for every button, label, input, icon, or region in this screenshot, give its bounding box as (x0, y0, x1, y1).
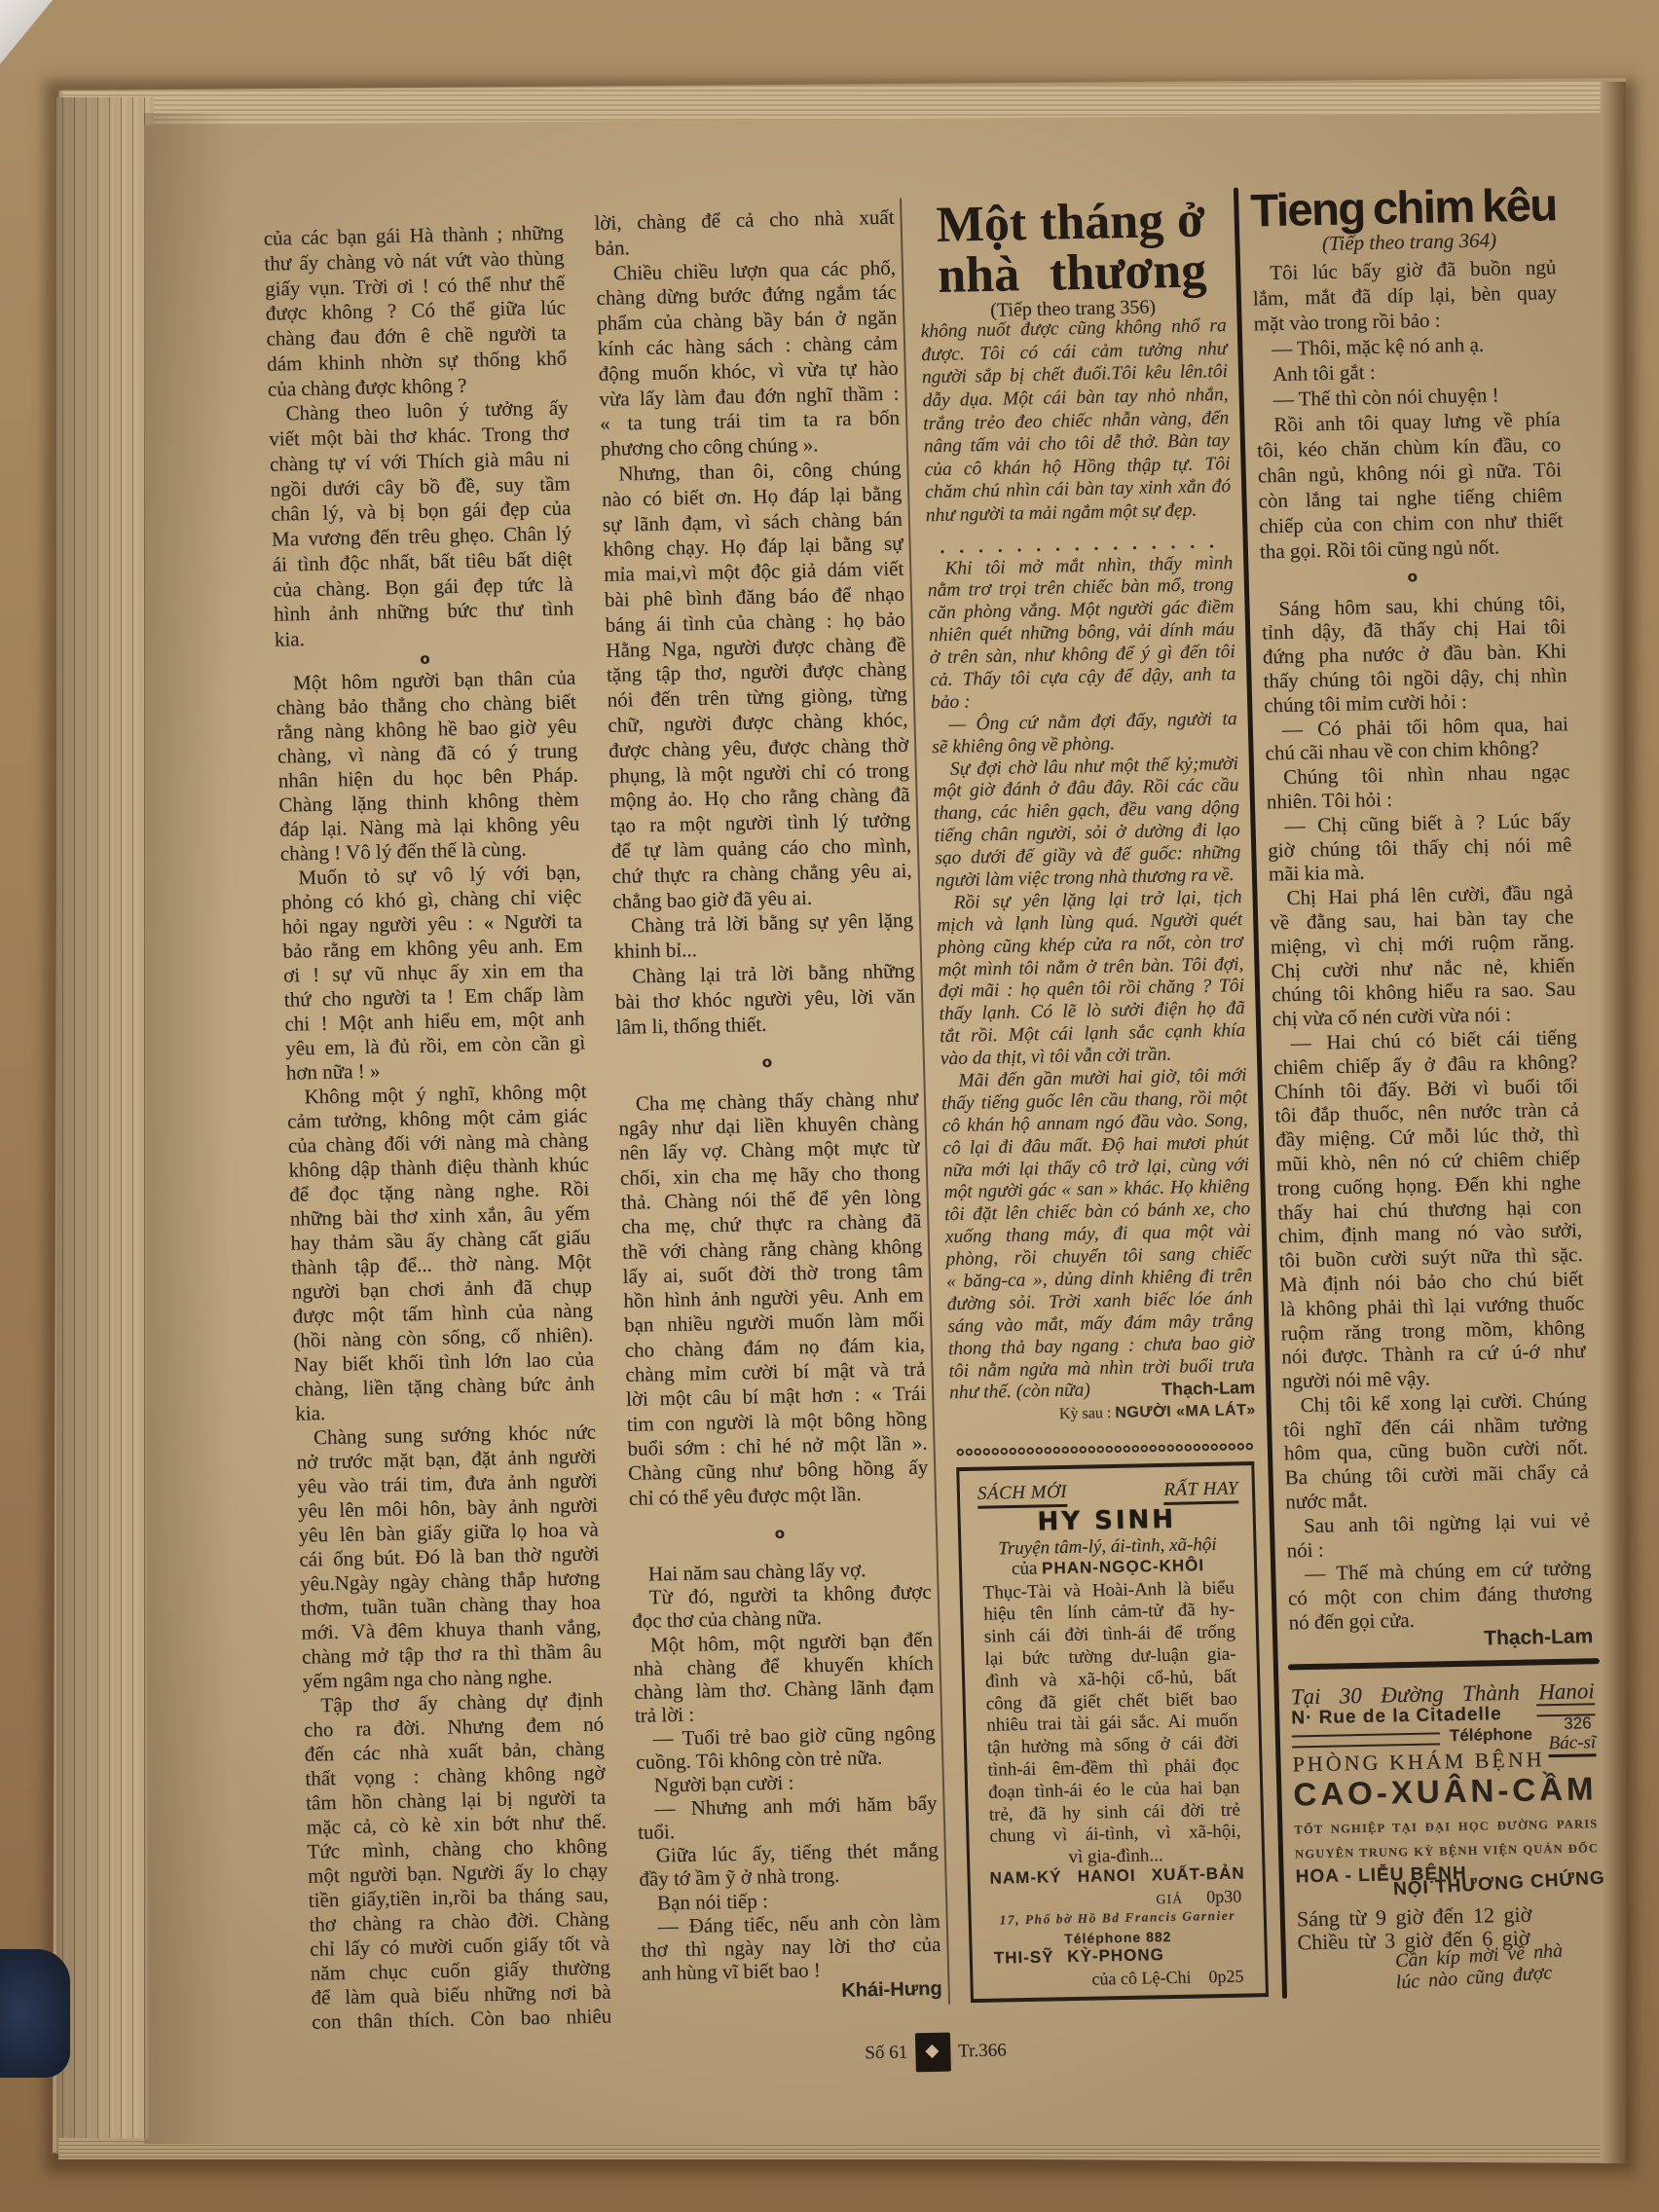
second-book-author: của cô Lệ-Chi (1091, 1968, 1191, 1989)
paragraph: Chiều chiều lượn qua các phố,chàng dừng … (596, 255, 902, 462)
story-text: của các bạn gái Hà thành ; nhữngthư ấy c… (263, 221, 611, 2036)
ad-tag-new-book: SÁCH MỚI (977, 1481, 1068, 1509)
paragraph: Chị tôi kể xong lại cười. Chúngtôi nghĩ … (1282, 1387, 1589, 1514)
paragraph: Muốn tỏ sự vô lý với bạn,phỏng có khó gì… (280, 861, 586, 1086)
continued-from-note: (Tiếp theo trang 364) (1261, 227, 1558, 256)
title-line: nhà thương (937, 245, 1206, 302)
book-price: GIÁ0p30 (1156, 1886, 1241, 1909)
paragraph: không nuốt được cũng không nhổ rađược. T… (920, 314, 1232, 528)
ornamental-border (956, 1442, 1254, 1456)
story-text: không nuốt được cũng không nhổ rađược. T… (920, 314, 1255, 1405)
book-description: Thục-Tài và Hoài-Anh là biểuhiệu tên lín… (982, 1577, 1240, 1849)
paragraph: Không một ý nghĩ, không mộtcảm tưởng, kh… (286, 1080, 595, 1426)
section-ornament: o (616, 1034, 917, 1092)
decorative-rule (1292, 1732, 1440, 1737)
paragraph: — Tuổi trẻ bao giờ cũng ngôngcuồng. Tôi … (635, 1721, 936, 1774)
paragraph: Sự đợi chờ lâu như một thế kỷ;mườimột gi… (933, 754, 1242, 894)
issue-number: Số 61 (865, 2043, 907, 2065)
hospital-story-title: Một tháng ở nhà thương (936, 195, 1207, 302)
paragraph: Chàng theo luôn ý tưởng ấyviết một bài t… (268, 396, 574, 653)
decorative-rule (1536, 1703, 1595, 1706)
paragraph: Chàng trả lời bằng sự yên lặngkhinh bỉ..… (613, 908, 914, 965)
telephone-label: Téléphone (1450, 1723, 1533, 1747)
price-label: GIÁ (1156, 1893, 1183, 1908)
paragraph: Một hôm người bạn thân củachàng bảo thẳn… (276, 666, 580, 866)
paragraph: — Đáng tiếc, nếu anh còn làmthơ thì ngày… (640, 1908, 941, 1984)
paragraph: — Ông cứ nằm đợi đấy, người tasẽ khiêng … (931, 709, 1237, 759)
second-book-price: 0p25 (1208, 1967, 1244, 1987)
price-value: 0p30 (1206, 1887, 1242, 1907)
paragraph: Tập thơ ấy chàng dự địnhcho ra đời. Nhưn… (303, 1688, 611, 2035)
story-text: Tôi lúc bấy giờ đã buồn ngủlắm, mắt đã d… (1252, 254, 1593, 1635)
next-issue-title: NGƯỜI «MA LÁT» (1115, 1402, 1256, 1421)
paragraph: Từ đó, người ta không đượcđọc thơ của ch… (631, 1580, 932, 1633)
paragraph: Mãi đến gần mười hai giờ, tôi mớithấy ti… (940, 1065, 1255, 1406)
paragraph: Rồi sự yên lặng lại trở lại, tịchmịch và… (936, 887, 1246, 1071)
paragraph: Sáng hôm sau, khi chúng tôi,tỉnh dậy, đã… (1261, 591, 1567, 718)
book-advertisement: SÁCH MỚI RẤT HAY HY SINH Truyện tâm-lý, … (956, 1461, 1269, 2003)
second-book-byline: của cô Lệ-Chi0p25 (1091, 1966, 1244, 1990)
paragraph: Sau anh tôi ngừng lại vui vẻnói : (1286, 1508, 1591, 1563)
paragraph: — Nhưng anh mới hăm bẩytuổi. (637, 1791, 938, 1844)
paragraph: Chúng tôi nhìn nhau ngạcnhiên. Tôi hỏi : (1266, 759, 1570, 814)
book-author: PHAN-NGỌC-KHÔI (1042, 1556, 1205, 1577)
doctor-credential: NGUYÊN TRUNG KỲ BỆNH VIỆN QUẢN ĐỐC (1295, 1839, 1599, 1862)
paragraph: Chàng lại trả lời bằng nhữngbài thơ khóc… (614, 959, 916, 1041)
next-issue-label: Kỳ sau : (1059, 1405, 1116, 1422)
paragraph: Cha mẹ chàng thấy chàng nhưngây như dại … (618, 1087, 930, 1511)
paragraph: của các bạn gái Hà thành ; nhữngthư ấy c… (263, 221, 568, 402)
paragraph: Một hôm, một người bạn đếnnhà chàng để k… (633, 1627, 936, 1727)
ad-tag-very-good: RẤT HAY (1163, 1477, 1238, 1505)
doctor-title: Bác-sĩ (1548, 1732, 1596, 1757)
paragraph: — Thế mà chúng em cứ tưởngcó một con chi… (1287, 1557, 1593, 1636)
paragraph: Khi tôi mở mắt nhìn, thấy mìnhnằm trơ tr… (927, 553, 1236, 716)
bird-story-body: Tôi lúc bấy giờ đã buồn ngủlắm, mắt đã d… (1252, 254, 1594, 1654)
paragraph: Nhưng, than ôi, công chúngnào có biết ơn… (601, 457, 913, 915)
page-number: Tr.366 (958, 2040, 1007, 2062)
decorative-rule (1292, 1743, 1440, 1748)
paragraph: Tôi lúc bấy giờ đã buồn ngủlắm, mắt đã d… (1252, 254, 1558, 336)
paragraph: Rồi anh tôi quay lưng về phíatôi, kéo ch… (1256, 406, 1564, 564)
clinic-advertisement: Tại 30 Đường Thành Hanoi N· Rue de la Ci… (1290, 1668, 1603, 1995)
telephone-number: 326 (1564, 1714, 1592, 1734)
paragraph: — Chị cũng biết à ? Lúc bấygiờ chúng tôi… (1267, 808, 1572, 887)
hospital-story-body: không nuốt được cũng không nhổ rađược. T… (920, 314, 1256, 1426)
byline-prefix: của (1012, 1558, 1043, 1579)
khai-hung-story-column-2: lời, chàng để cả cho nhà xuấtbản.Chiều c… (594, 205, 942, 2007)
second-book-title: THI-SỸ KỲ-PHONG (994, 1944, 1165, 1970)
paragraph: lời, chàng để cả cho nhà xuấtbản. (594, 205, 895, 262)
publication-logo-icon (915, 2033, 951, 2073)
page-footer: Số 61 Tr.366 (865, 2031, 1007, 2073)
paragraph: Chị Hai phá lên cười, đầu ngảvề đằng sau… (1269, 880, 1576, 1031)
printed-sheet: của các bạn gái Hà thành ; nhữngthư ấy c… (0, 0, 1659, 2212)
paragraph: — Có phải tối hôm qua, haichú cãi nhau v… (1265, 712, 1569, 766)
doctor-name: CAO-XUÂN-CẦM (1293, 1769, 1598, 1814)
bird-story-title: Tieng chim kêu (1250, 181, 1557, 233)
khai-hung-story-column-1: của các bạn gái Hà thành ; nhữngthư ấy c… (263, 221, 611, 2036)
paragraph: — Hai chú có biết cái tiếngchiêm chiếp ấ… (1272, 1025, 1586, 1393)
paragraph: Giữa lúc ấy, tiếng thét mắngđầy tớ ầm ỹ … (638, 1838, 939, 1891)
paragraph: Chàng sung sướng khóc nứcnở trước mặt bạ… (296, 1420, 603, 1694)
section-ornament: o (629, 1505, 930, 1564)
story-text: lời, chàng để cả cho nhà xuấtbản.Chiều c… (594, 205, 941, 1985)
doctor-credential: TỐT NGHIỆP TẠI ĐẠI HỌC ĐƯỜNG PARIS (1294, 1815, 1598, 1838)
paragraph: Thục-Tài và Hoài-Anh là biểuhiệu tên lín… (982, 1577, 1240, 1849)
text-line: con thân thích. Còn bao nhiêu (312, 2005, 612, 2035)
